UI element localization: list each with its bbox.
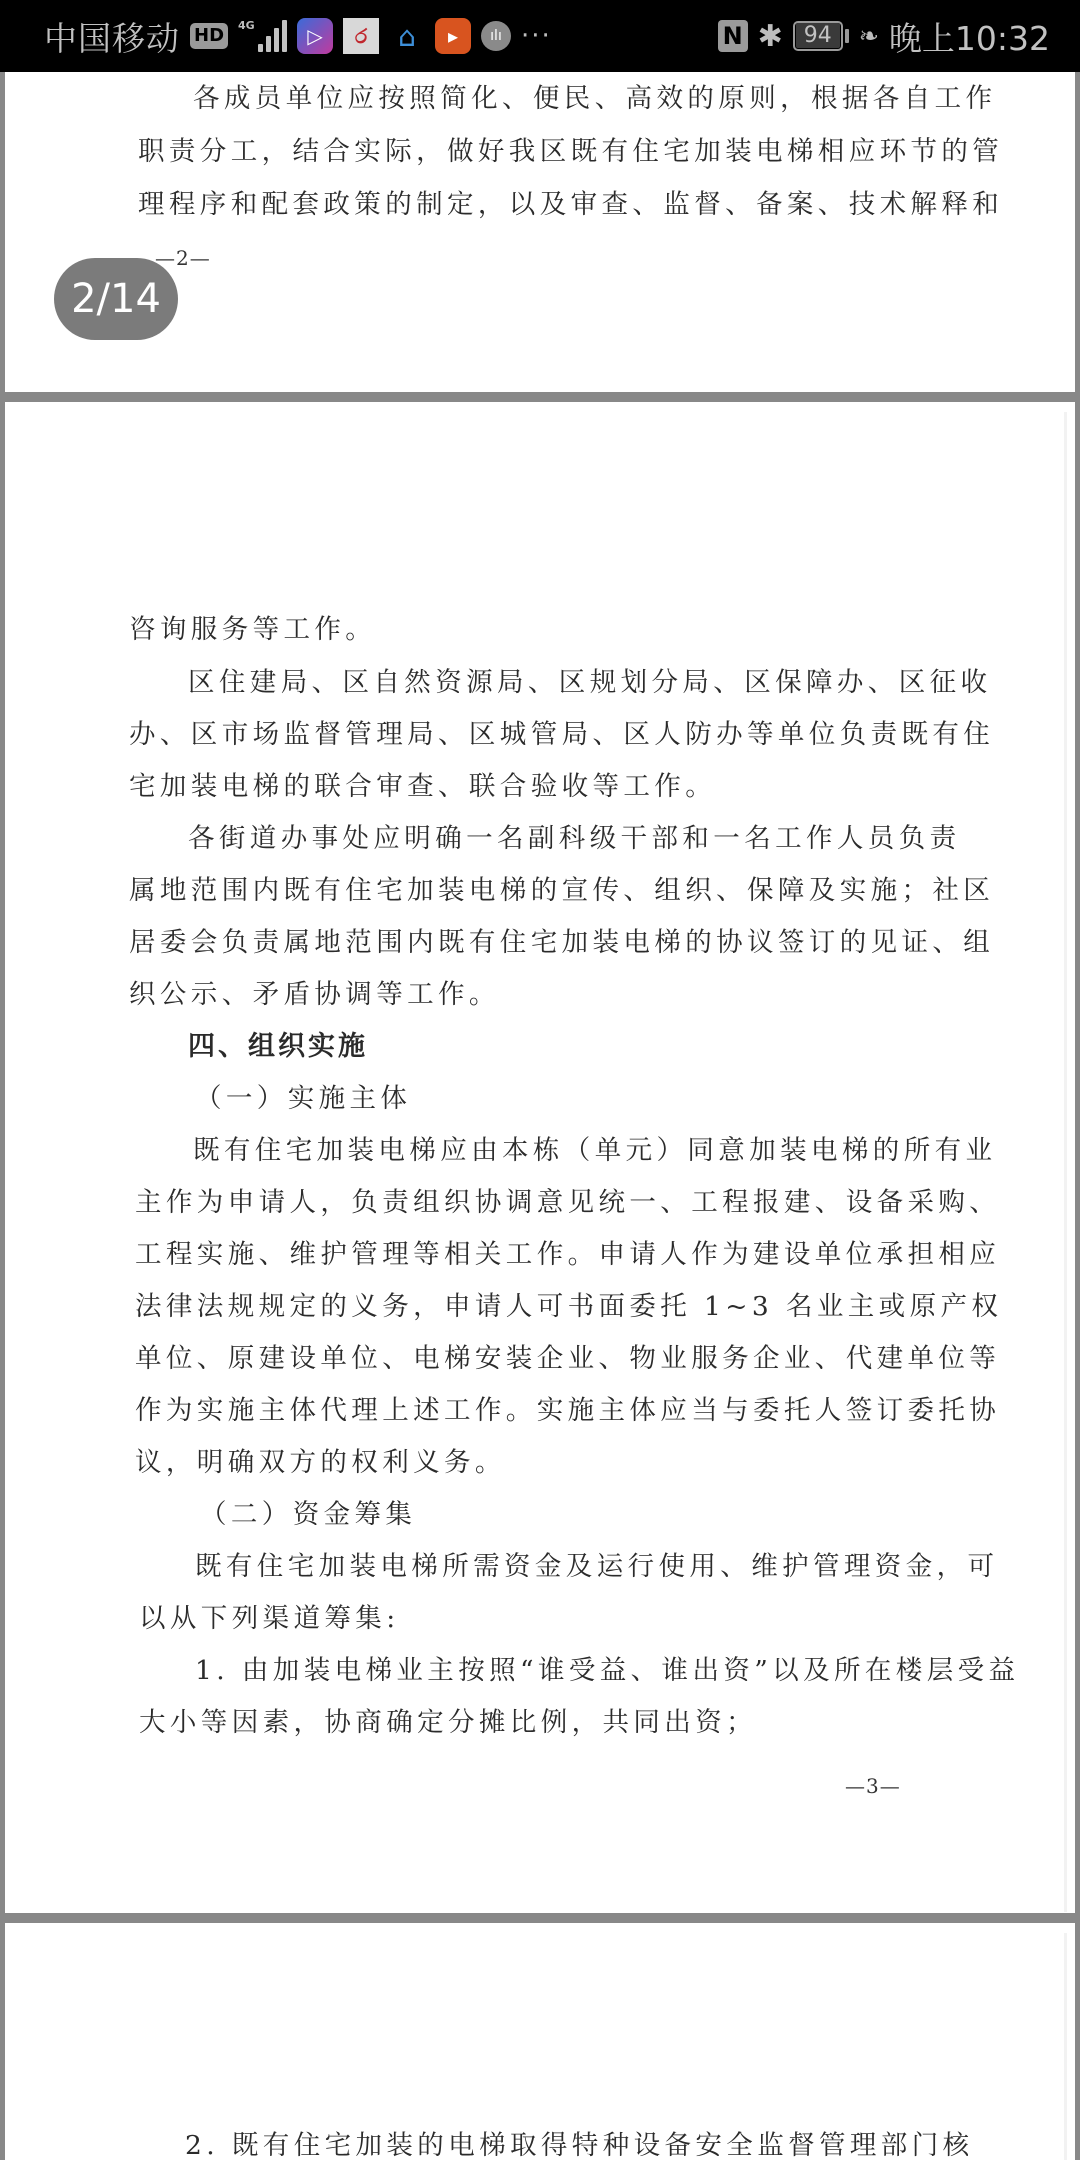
text-line: 属地范围内既有住宅加装电梯的宣传、组织、保障及实施；社区: [129, 868, 994, 907]
status-bar-left: 中国移动 HD 4G ▷ ර ⌂ ▸ ılı ···: [44, 13, 718, 60]
text-line: 议，明确双方的权利义务。: [135, 1440, 506, 1479]
bluetooth-icon: ✱: [758, 19, 783, 54]
text-line: 各成员单位应按照简化、便民、高效的原则，根据各自工作: [193, 76, 996, 115]
scrollbar[interactable]: [1064, 1933, 1067, 2160]
scrollbar[interactable]: [1064, 412, 1067, 1912]
text-line: 办、区市场监督管理局、区城管局、区人防办等单位负责既有住: [129, 712, 994, 751]
text-line: 既有住宅加装电梯所需资金及运行使用、维护管理资金，可: [195, 1544, 998, 1583]
signal-icon: 4G: [238, 20, 287, 52]
text-line: 宅加装电梯的联合审查、联合验收等工作。: [129, 764, 716, 803]
weibo-icon: ර: [343, 18, 379, 54]
eco-leaf-icon: ❧: [859, 22, 879, 50]
text-line: 法律法规规定的义务，申请人可书面委托 1~3 名业主或原产权: [135, 1284, 1002, 1323]
page-indicator: 2/14: [54, 258, 178, 340]
page-number: —3—: [845, 1774, 901, 1798]
page-number: —2—: [155, 246, 211, 270]
text-line: 织公示、矛盾协调等工作。: [129, 972, 500, 1011]
hd-icon: HD: [190, 23, 228, 49]
text-line: 大小等因素，协商确定分摊比例，共同出资；: [139, 1700, 757, 1739]
network-type: 4G: [238, 20, 255, 32]
document-page-4: 2. 既有住宅加装的电梯取得特种设备安全监督管理部门核: [5, 1923, 1075, 2160]
clock: 晚上10:32: [889, 13, 1050, 60]
text-line: 单位、原建设单位、电梯安装企业、物业服务企业、代建单位等: [135, 1336, 1000, 1375]
text-line: 以从下列渠道筹集:: [139, 1596, 400, 1635]
carrier-name: 中国移动: [44, 13, 180, 60]
text-line: 2. 既有住宅加装的电梯取得特种设备安全监督管理部门核: [185, 2123, 974, 2160]
text-line: 咨询服务等工作。: [129, 607, 376, 646]
battery-level: 94: [796, 23, 840, 48]
play-app-icon: ▸: [435, 18, 471, 54]
subsection-heading: （二）资金筹集: [200, 1492, 416, 1531]
text-line: 各街道办事处应明确一名副科级干部和一名工作人员负责: [188, 816, 961, 855]
more-notifications-icon: ···: [521, 21, 552, 51]
status-bar-right: N ✱ 94 ❧ 晚上10:32: [718, 13, 1050, 60]
text-line: 区住建局、区自然资源局、区规划分局、区保障办、区征收: [188, 660, 991, 699]
text-line: 职责分工，结合实际，做好我区既有住宅加装电梯相应环节的管: [138, 129, 1003, 168]
text-line: 作为实施主体代理上述工作。实施主体应当与委托人签订委托协: [135, 1388, 1000, 1427]
section-heading: 四、组织实施: [188, 1024, 368, 1063]
text-line: 既有住宅加装电梯应由本栋（单元）同意加装电梯的所有业: [193, 1128, 996, 1167]
battery-icon: 94: [793, 21, 849, 51]
text-line: 居委会负责属地范围内既有住宅加装电梯的协议签订的见证、组: [129, 920, 994, 959]
text-line: 工程实施、维护管理等相关工作。申请人作为建设单位承担相应: [135, 1232, 1000, 1271]
status-bar: 中国移动 HD 4G ▷ ර ⌂ ▸ ılı ··· N ✱ 94 ❧ 晚上10…: [0, 0, 1080, 72]
text-line: 1. 由加装电梯业主按照“谁受益、谁出资”以及所在楼层受益: [195, 1648, 1019, 1687]
nfc-icon: N: [718, 20, 748, 52]
text-line: 理程序和配套政策的制定，以及审查、监督、备案、技术解释和: [138, 182, 1003, 221]
document-page-3: 咨询服务等工作。 区住建局、区自然资源局、区规划分局、区保障办、区征收 办、区市…: [5, 402, 1075, 1913]
qq-icon: ⌂: [389, 18, 425, 54]
subsection-heading: （一）实施主体: [195, 1076, 411, 1115]
text-line: 主作为申请人，负责组织协调意见统一、工程报建、设备采购、: [135, 1180, 1000, 1219]
audio-app-icon: ılı: [481, 21, 511, 51]
document-page-2: 各成员单位应按照简化、便民、高效的原则，根据各自工作 职责分工，结合实际，做好我…: [5, 72, 1075, 392]
video-app-icon: ▷: [297, 18, 333, 54]
